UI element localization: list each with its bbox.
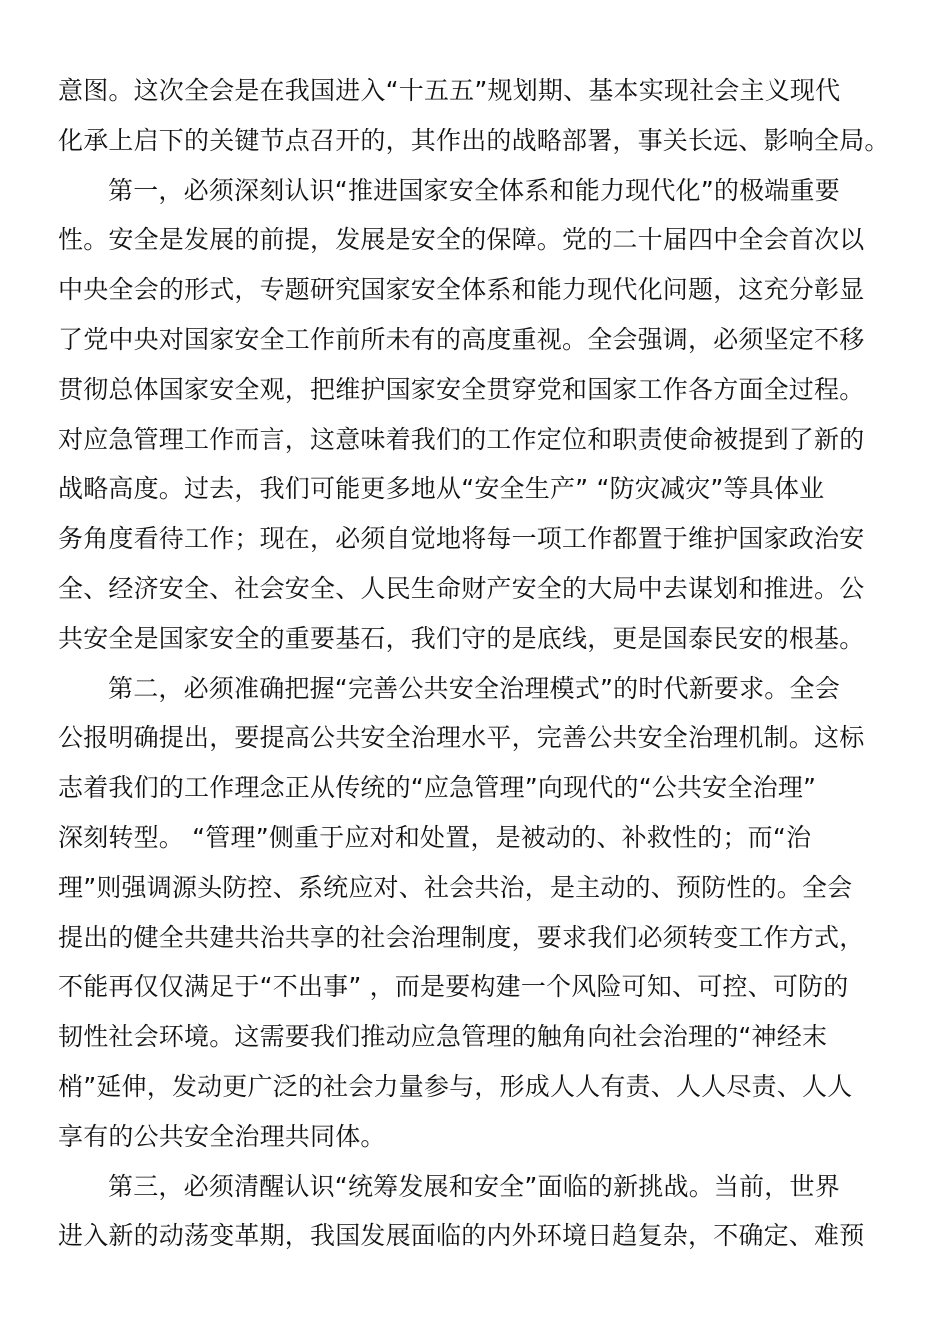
text-line: 意图。这次全会是在我国进入“十五五”规划期、基本实现社会主义现代 xyxy=(58,66,878,116)
text-line: 提出的健全共建共治共享的社会治理制度，要求我们必须转变工作方式， xyxy=(58,913,878,963)
paragraph-point-3: 第三，必须清醒认识“统筹发展和安全”面临的新挑战。当前，世界 进入新的动荡变革期… xyxy=(58,1162,878,1262)
text-line: 了党中央对国家安全工作前所未有的高度重视。全会强调，必须坚定不移 xyxy=(58,315,878,365)
text-line: 性。安全是发展的前提，发展是安全的保障。党的二十届四中全会首次以 xyxy=(58,215,878,265)
text-line: 全、经济安全、社会安全、人民生命财产安全的大局中去谋划和推进。公 xyxy=(58,564,878,614)
text-line: 化承上启下的关键节点召开的，其作出的战略部署，事关长远、影响全局。 xyxy=(58,116,878,166)
paragraph-intro: 意图。这次全会是在我国进入“十五五”规划期、基本实现社会主义现代 化承上启下的关… xyxy=(58,66,878,166)
text-line: 对应急管理工作而言，这意味着我们的工作定位和职责使命被提到了新的 xyxy=(58,415,878,465)
text-line: 公报明确提出，要提高公共安全治理水平，完善公共安全治理机制。这标 xyxy=(58,713,878,763)
text-line: 务角度看待工作；现在，必须自觉地将每一项工作都置于维护国家政治安 xyxy=(58,514,878,564)
text-line: 深刻转型。 “管理”侧重于应对和处置，是被动的、补救性的；而“治 xyxy=(58,813,878,863)
text-line: 享有的公共安全治理共同体。 xyxy=(58,1112,878,1162)
text-line-first: 第一，必须深刻认识“推进国家安全体系和能力现代化”的极端重要 xyxy=(58,166,878,216)
text-line: 共安全是国家安全的重要基石，我们守的是底线，更是国泰民安的根基。 xyxy=(58,614,878,664)
paragraph-point-1: 第一，必须深刻认识“推进国家安全体系和能力现代化”的极端重要 性。安全是发展的前… xyxy=(58,166,878,664)
text-line: 不能再仅仅满足于“不出事” ，而是要构建一个风险可知、可控、可防的 xyxy=(58,962,878,1012)
document-page: 意图。这次全会是在我国进入“十五五”规划期、基本实现社会主义现代 化承上启下的关… xyxy=(58,66,878,1261)
text-line: 韧性社会环境。这需要我们推动应急管理的触角向社会治理的“神经末 xyxy=(58,1012,878,1062)
text-line: 志着我们的工作理念正从传统的“应急管理”向现代的“公共安全治理” xyxy=(58,763,878,813)
text-line: 中央全会的形式，专题研究国家安全体系和能力现代化问题，这充分彰显 xyxy=(58,265,878,315)
text-line: 战略高度。过去，我们可能更多地从“安全生产” “防灾减灾”等具体业 xyxy=(58,464,878,514)
text-line-first: 第三，必须清醒认识“统筹发展和安全”面临的新挑战。当前，世界 xyxy=(58,1162,878,1212)
text-line: 贯彻总体国家安全观，把维护国家安全贯穿党和国家工作各方面全过程。 xyxy=(58,365,878,415)
text-line: 进入新的动荡变革期，我国发展面临的内外环境日趋复杂，不确定、难预 xyxy=(58,1211,878,1261)
text-line: 理”则强调源头防控、系统应对、社会共治，是主动的、预防性的。全会 xyxy=(58,863,878,913)
paragraph-point-2: 第二，必须准确把握“完善公共安全治理模式”的时代新要求。全会 公报明确提出，要提… xyxy=(58,664,878,1162)
text-line-first: 第二，必须准确把握“完善公共安全治理模式”的时代新要求。全会 xyxy=(58,664,878,714)
text-line: 梢”延伸，发动更广泛的社会力量参与，形成人人有责、人人尽责、人人 xyxy=(58,1062,878,1112)
